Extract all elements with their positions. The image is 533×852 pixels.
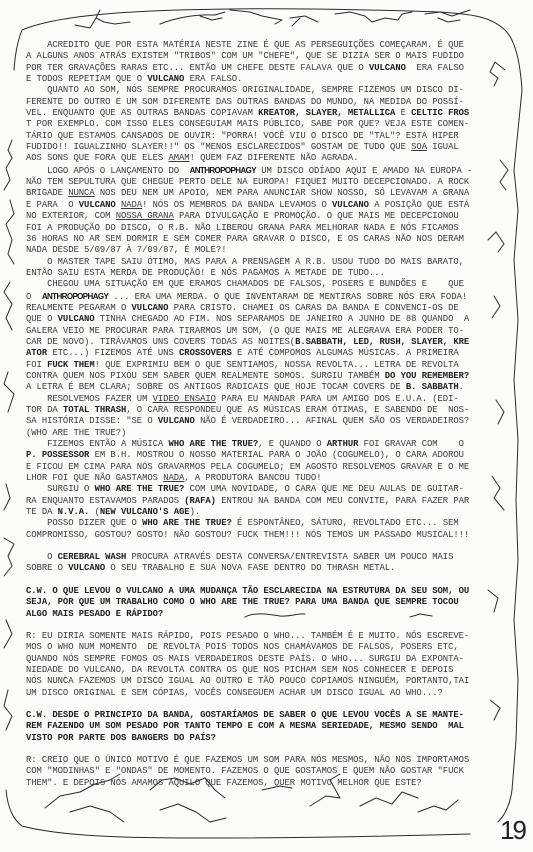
text-line: SOBRE O VULCANO O SEU TRABALHO E SUA NOV…	[26, 563, 488, 574]
text-line: FIZEMOS ENTÃO A MÚSICA WHO ARE THE TRUE?…	[26, 439, 488, 450]
text-line: A ALGUNS ANOS ATRÁS EXISTEM "TRIBOS" COM…	[26, 51, 488, 62]
text-line: LHOR FOI QUE NÃO GASTAMOS NADA, A PRODUT…	[26, 473, 488, 484]
blank-line	[26, 744, 488, 755]
page-number: 19	[500, 815, 525, 846]
text-line: A LETRA É BEM CLARA; SOBRE OS ANTIGOS RA…	[26, 382, 488, 393]
text-line: VEL. ENQUANTO QUE AS OUTRAS BANDAS COPIA…	[26, 108, 488, 119]
text-line: TÁRIO QUE ESTAMOS CANSADOS DE OUVIR: "PO…	[26, 131, 488, 142]
text-line: GALERA VEIO ME PROCURAR PARA TIRARMOS UM…	[26, 326, 488, 337]
text-line: (WHO ARE THE TRUE?)	[26, 428, 488, 439]
text-line: NADA DESDE 5/09/87 À 7/09/87, É MOLE?!	[26, 245, 488, 256]
text-line: POR TER GRAVAÇÕES RARAS ETC... ENTÃO UM …	[26, 63, 488, 74]
text-line: O CEREBRAL WASH PROCURA ATRAVÉS DESTA CO…	[26, 552, 488, 563]
text-line: BRIGADE NUNCA NOS DEU NEM UM APOIO, NEM …	[26, 188, 488, 199]
text-line: TOR DA TOTAL THRASH, O CARA RESPONDEU QU…	[26, 405, 488, 416]
text-line: REALMENTE PEGARAM O VULCANO PARA CRISTO.…	[26, 303, 488, 314]
text-line: E PARA O VULCANO NADA! NÓS OS MEMBROS DA…	[26, 200, 488, 211]
text-line: E TODOS REPETIAM QUE O VULCANO ERA FALSO…	[26, 74, 488, 85]
text-line: R: EU DIRIA SOMENTE MAIS RÁPIDO, POIS PE…	[26, 631, 488, 642]
text-line: NO EXTERIOR, COM NOSSA GRANA PARA DIVULG…	[26, 211, 488, 222]
text-line: SURGIU O WHO ARE THE TRUE? COM UMA NOVID…	[26, 484, 488, 495]
text-line: SA HISTÓRIA DISSE: "SE O VULCANO NÃO É V…	[26, 416, 488, 427]
text-line: QUANTO AO SOM, NÓS SEMPRE PROCURAMOS ORI…	[26, 85, 488, 96]
text-line: REM FAZENDO UM SOM PESADO POR TANTO TEMP…	[26, 721, 488, 732]
text-line: O ANTHROPOPHAGY ... ERA UMA MERDA. O QUE…	[26, 291, 488, 303]
text-line: UM DISCO ORIGINAL E SEM CÓPIAS, VOCÊS CO…	[26, 688, 488, 699]
text-line: COM "MODINHAS" E "ONDAS" DE MOMENTO. FAZ…	[26, 766, 488, 777]
text-line: NÓS NUNCA FAZEMOS UM DISCO IGUAL AO OUTR…	[26, 676, 488, 687]
article-body: ACREDITO QUE POR ESTA MATÉRIA NESTE ZINE…	[26, 40, 488, 789]
text-line: COMPROMISSO, GOSTOU? GOSTO! NÃO GOSTOU? …	[26, 530, 488, 541]
text-line: QUE O VULCANO TINHA CHEGADO AO FIM. NOS …	[26, 314, 488, 325]
text-line: VISTO POR PARTE DOS BANGERS DO PAÍS?	[26, 733, 488, 744]
text-line: NÃO TEM SEPULTURA QUE CHEGUE PERTO DELE …	[26, 177, 488, 188]
text-line: C.W. O QUE LEVOU O VULCANO A UMA MUDANÇA…	[26, 586, 488, 597]
text-line: THEM". E DEPOIS NÓS AMAMOS AQUILO QUE FA…	[26, 778, 488, 789]
text-line: ACREDITO QUE POR ESTA MATÉRIA NESTE ZINE…	[26, 40, 488, 51]
text-line: CONTRA QUEM NOS PIXOU SEM SABER QUEM REA…	[26, 371, 488, 382]
text-line: P. POSSESSOR EM B.H. MOSTROU O NOSSO MAT…	[26, 450, 488, 461]
text-line: 36 HORAS NO AR SEM DORMIR E SEM COMER PA…	[26, 234, 488, 245]
text-line: MOS O WHO NUM MOMENTO DE REVOLTA POIS TO…	[26, 642, 488, 653]
text-line: AOS SONS QUE FORA QUE ELES AMAM! QUEM FA…	[26, 153, 488, 164]
text-line: CAR DE NOVO). TIRÁVAMOS UNS COVERS TODAS…	[26, 337, 488, 348]
blank-line	[26, 575, 488, 586]
text-line: ALGO MAIS PESADO E RÁPIDO?	[26, 609, 488, 620]
text-line: NIEDADE DO VULCANO, DA REVOLTA CONTRA OS…	[26, 665, 488, 676]
text-line: FOI A PRODUÇÃO DO DISCO, O R.B. NÃO LIBE…	[26, 223, 488, 234]
text-line: FOI FUCK THEM! QUE EXPRIMIU BEM O QUE SE…	[26, 360, 488, 371]
blank-line	[26, 699, 488, 710]
text-line: R: CREIO QUE O ÚNICO MOTIVO É QUE FAZEMO…	[26, 755, 488, 766]
text-line: O MASTER TAPE SAIU ÓTIMO, MAS PARA A PRE…	[26, 257, 488, 268]
text-line: FUDIDO!! IGUALZINHO SLAYER!!" OS "MENOS …	[26, 142, 488, 153]
text-line: POSSO DIZER QUE O WHO ARE THE TRUE? É ES…	[26, 518, 488, 529]
text-line: TE DA N.V.A. (NEW VULCANO'S AGE).	[26, 507, 488, 518]
text-line: RA ENQUANTO ESTAVAMOS PARADOS (RAFA) ENT…	[26, 496, 488, 507]
text-line: LOGO APÓS O LANÇAMENTO DO ANTHROPOPHAGY …	[26, 165, 488, 177]
blank-line	[26, 620, 488, 631]
text-line: CHEGOU UMA SITUAÇÃO EM QUE ERAMOS CHAMAD…	[26, 279, 488, 290]
zine-page: ACREDITO QUE POR ESTA MATÉRIA NESTE ZINE…	[0, 0, 533, 852]
text-line: FERENTE DO OUTRO E UM SOM DIFERENTE DAS …	[26, 97, 488, 108]
text-line: C.W. DESDE O PRINCIPIO DA BANDA, GOSTARÍ…	[26, 710, 488, 721]
text-line: ENTÃO SAIU ESTA MERDA DE PRODUÇÃO! E NÓS…	[26, 268, 488, 279]
text-line: E FICOU EM CIMA PARA NÓS GRAVARMOS PELA …	[26, 462, 488, 473]
text-line: RESOLVEMOS FAZER UM VIDEO ENSAIO PARA EU…	[26, 394, 488, 405]
blank-line	[26, 541, 488, 552]
text-line: ATOR ETC...) FIZEMOS ATÉ UNS CROSSOVERS …	[26, 348, 488, 359]
text-line: SEJA, POR QUE UM TRABALHO COMO O WHO ARE…	[26, 597, 488, 608]
text-line: T POR EXEMPLO. COM ISSO ELES CONSEGUIAM …	[26, 119, 488, 130]
text-line: QUANDO NÓS SEMPRE FOMOS OS MAIS VERDADEI…	[26, 654, 488, 665]
